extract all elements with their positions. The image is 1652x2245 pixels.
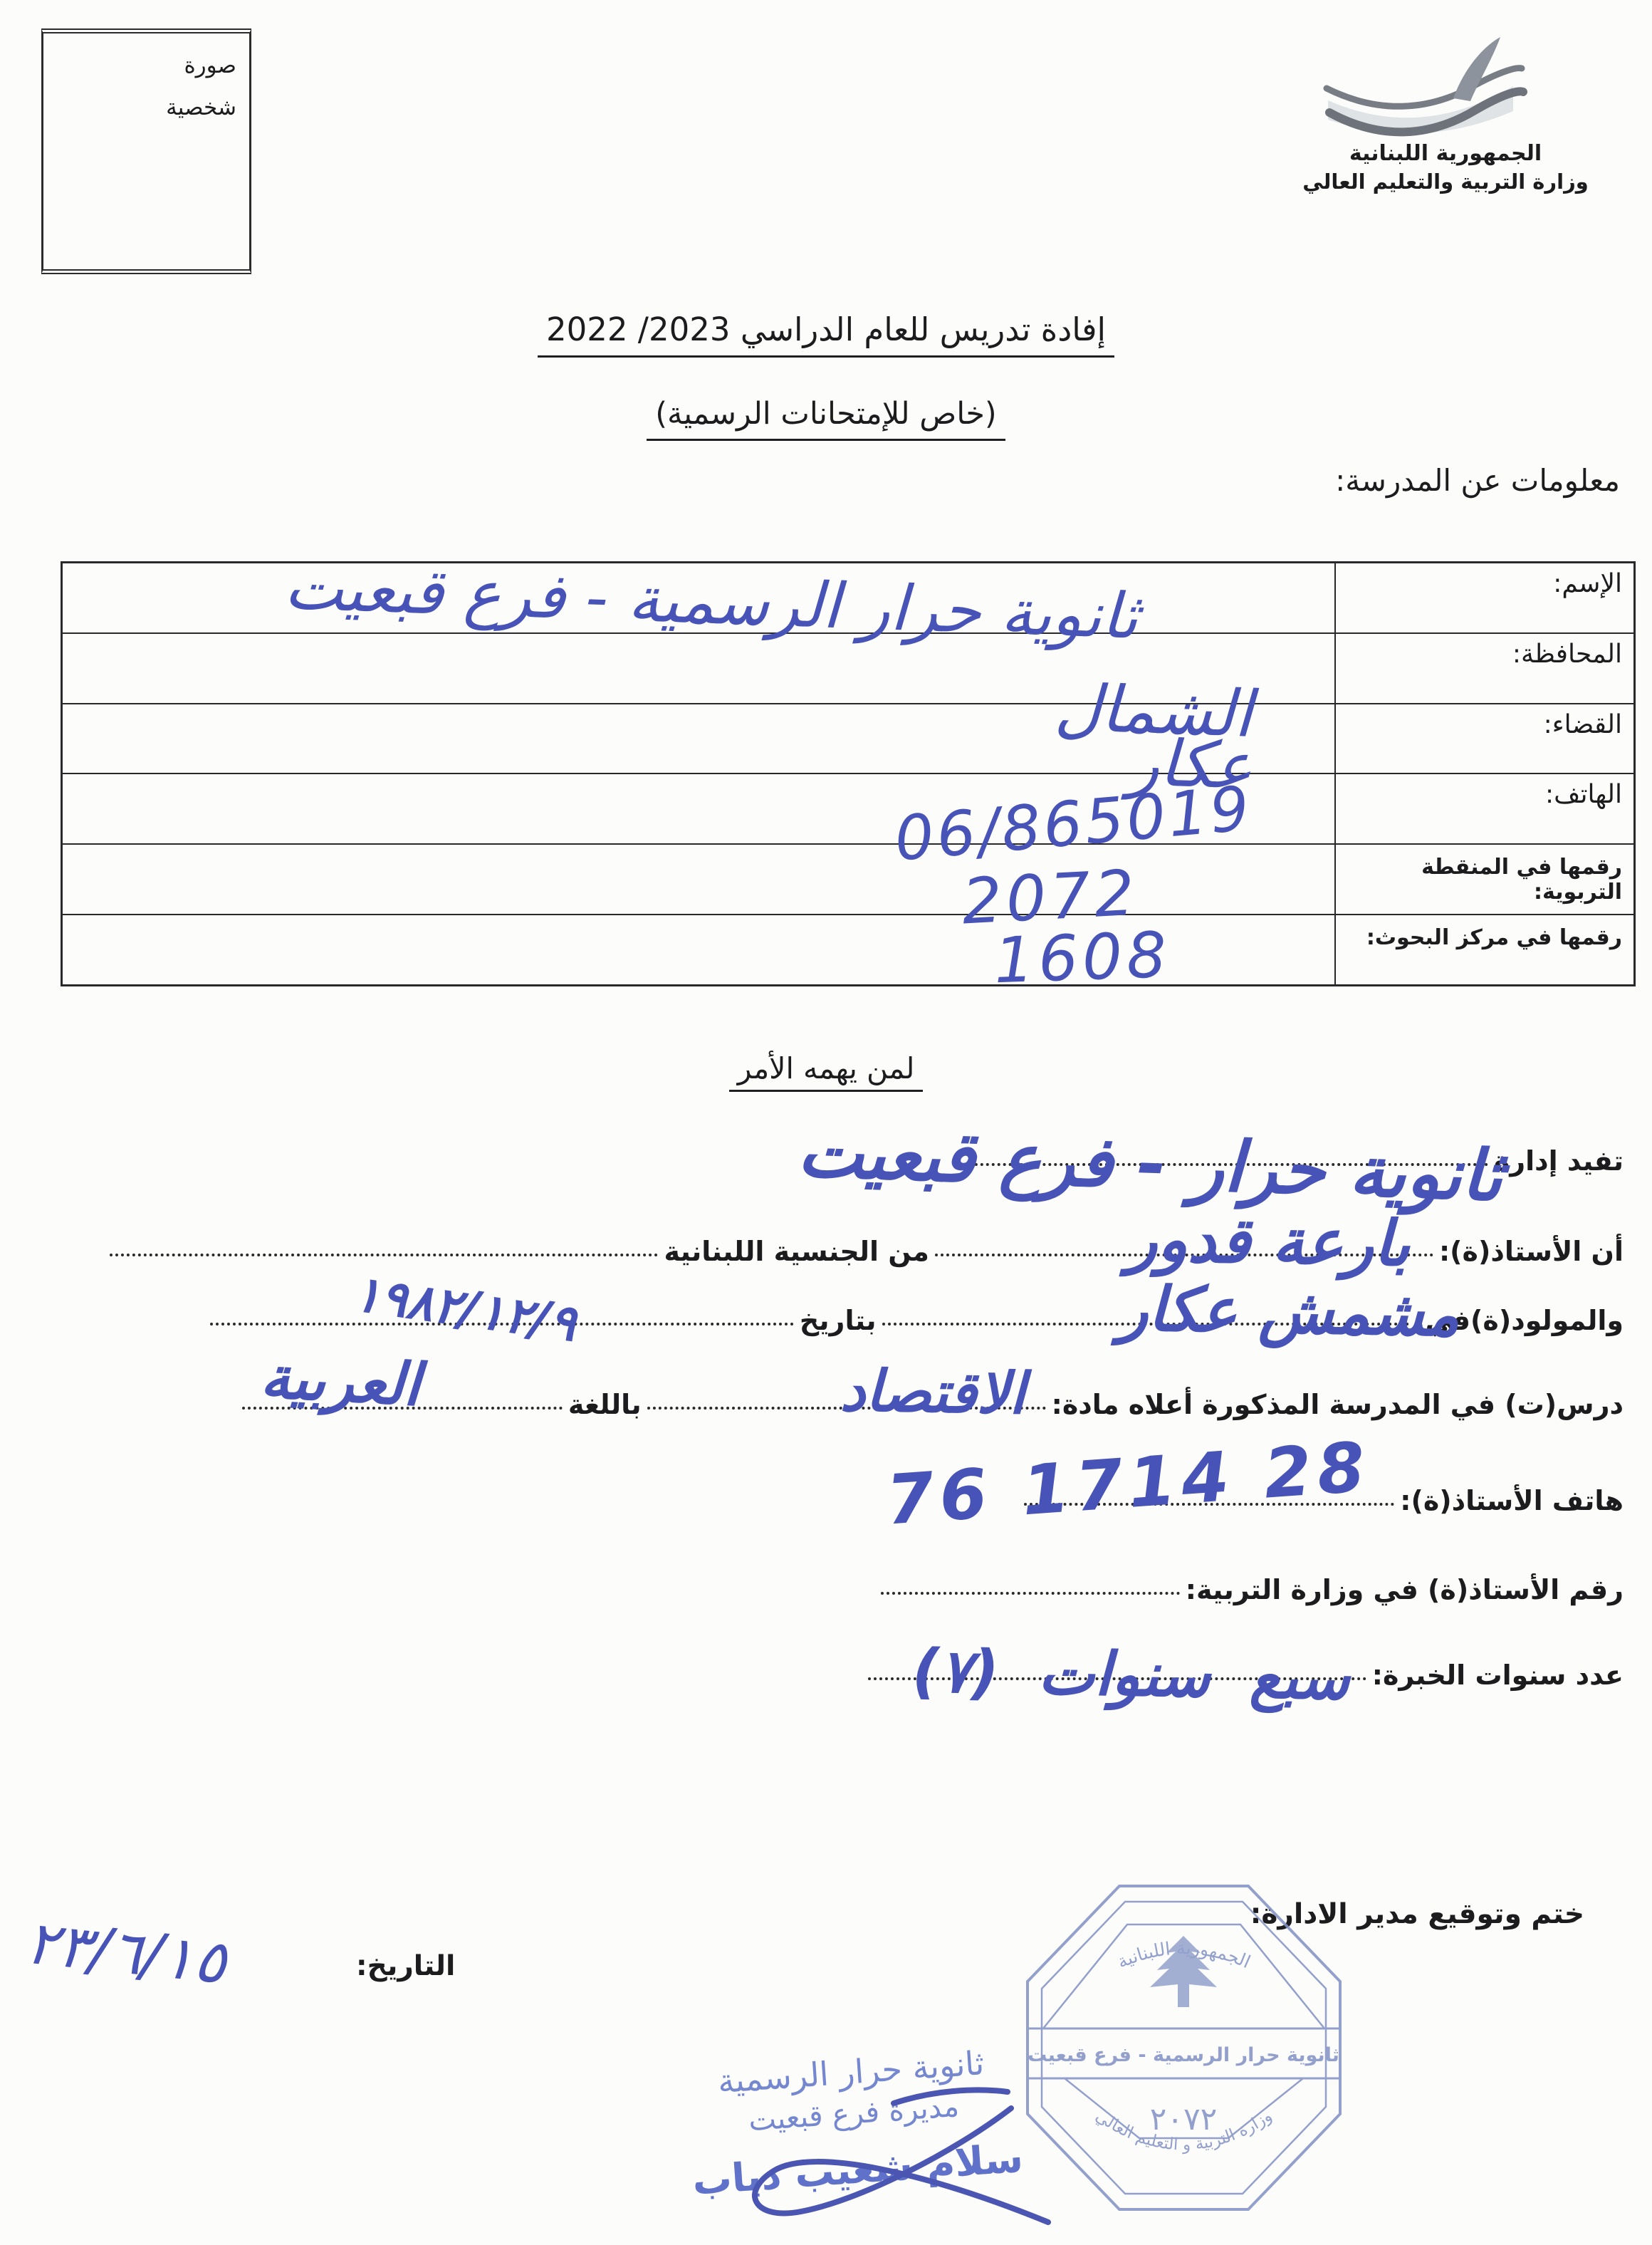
handwritten-research-number: 1608 xyxy=(993,918,1171,998)
row-value-educational-district-number: 2072 xyxy=(63,845,1334,914)
school-info-heading: معلومات عن المدرسة: xyxy=(1335,463,1620,498)
photo-box-label-line1: صورة xyxy=(56,45,236,87)
line2-label: أن الأستاذ(ة): xyxy=(1439,1236,1624,1267)
dotted-line xyxy=(881,1588,1180,1595)
school-info-table: الإسم: ثانوية حرار الرسمية - فرع قبعيت ا… xyxy=(61,561,1636,986)
photo-placeholder-box: صورة شخصية xyxy=(41,28,251,274)
row-label-educational-district-number: رقمها في المنقطة التربوية: xyxy=(1334,845,1633,914)
line3-label2: بتاريخ xyxy=(800,1305,877,1336)
title-year: 2022 /2023 xyxy=(546,311,731,348)
letter-heading: لمن يهمه الأمر xyxy=(0,1051,1652,1092)
table-row: الهاتف: 06/865019 xyxy=(63,773,1633,843)
table-row: الإسم: ثانوية حرار الرسمية - فرع قبعيت xyxy=(63,563,1633,632)
line4-label2: باللغة xyxy=(568,1389,642,1420)
table-row: القضاء: عكار xyxy=(63,703,1633,773)
line4-label: درس(ت) في المدرسة المذكورة أعلاه مادة: xyxy=(1052,1389,1624,1420)
row-label-district: القضاء: xyxy=(1334,704,1633,773)
scanned-teaching-certificate: صورة شخصية الجمهورية اللبنانية وزارة الت… xyxy=(0,0,1652,2245)
letter-line-teacher-phone: هاتف الأستاذ(ة): 76 1714 28 xyxy=(1018,1485,1624,1542)
document-subtitle: (خاص للإمتحانات الرسمية) xyxy=(0,396,1652,441)
octagonal-school-stamp: الجمهورية اللبنانية ثانوية حرار الرسمية … xyxy=(1022,1880,1346,2215)
row-value-research-center-number: 1608 xyxy=(63,915,1334,984)
handwritten-teacher-name: بارعة قدور xyxy=(1126,1202,1411,1281)
line7-label: عدد سنوات الخبرة: xyxy=(1372,1660,1624,1691)
handwritten-experience-years: سبع سنوات (٧) xyxy=(911,1636,1350,1714)
handwritten-date: ٢٣/٦/١٥ xyxy=(23,1907,230,1998)
dotted-line xyxy=(110,1249,658,1256)
line2-label2: من الجنسية اللبنانية xyxy=(664,1236,929,1267)
handwritten-language: العربية xyxy=(259,1343,422,1420)
row-value-name: ثانوية حرار الرسمية - فرع قبعيت xyxy=(63,563,1334,632)
ministry-open-book-logo-icon xyxy=(1314,33,1527,145)
photo-box-label-line2: شخصية xyxy=(56,87,236,129)
handwritten-signature-icon xyxy=(712,2083,1068,2245)
table-row: رقمها في مركز البحوث: 1608 xyxy=(63,914,1633,984)
line1-label: تفيد إدارة xyxy=(1494,1145,1624,1177)
ministry-name: وزارة التربية والتعليم العالي xyxy=(1267,170,1624,194)
handwritten-subject: الاقتصاد xyxy=(840,1358,1026,1427)
table-row: رقمها في المنقطة التربوية: 2072 xyxy=(63,843,1633,914)
line5-label: هاتف الأستاذ(ة): xyxy=(1400,1485,1624,1516)
title-text: إفادة تدريس للعام الدراسي xyxy=(741,311,1106,348)
letter-line-experience-years: عدد سنوات الخبرة: سبع سنوات (٧) xyxy=(862,1660,1624,1717)
handwritten-birthplace: مشمش عكار xyxy=(1119,1273,1460,1350)
stamp-band-text: ثانوية حرار الرسمية - فرع قبعيت xyxy=(1028,2044,1339,2066)
letter-line-ministry-number: رقم الأستاذ(ة) في وزارة التربية: xyxy=(875,1574,1624,1631)
row-value-governorate: الشمال xyxy=(63,634,1334,703)
document-title: إفادة تدريس للعام الدراسي 2022 /2023 xyxy=(0,311,1652,358)
row-label-name: الإسم: xyxy=(1334,563,1633,632)
date-label: التاريخ: xyxy=(356,1950,455,1982)
row-value-phone: 06/865019 xyxy=(63,774,1334,843)
handwritten-administration-name: ثانوية حرار - فرع قبعيت xyxy=(796,1112,1503,1217)
stamp-number: ٢٠٧٢ xyxy=(1150,2101,1218,2137)
row-label-phone: الهاتف: xyxy=(1334,774,1633,843)
letter-line-certifies: تفيد إدارة ثانوية حرار - فرع قبعيت xyxy=(952,1145,1624,1202)
republic-name: الجمهورية اللبنانية xyxy=(1267,141,1624,166)
letter-line-subject: درس(ت) في المدرسة المذكورة أعلاه مادة:با… xyxy=(236,1389,1624,1446)
row-label-research-center-number: رقمها في مركز البحوث: xyxy=(1334,915,1633,984)
line6-label: رقم الأستاذ(ة) في وزارة التربية: xyxy=(1186,1574,1624,1605)
row-label-governorate: المحافظة: xyxy=(1334,634,1633,703)
